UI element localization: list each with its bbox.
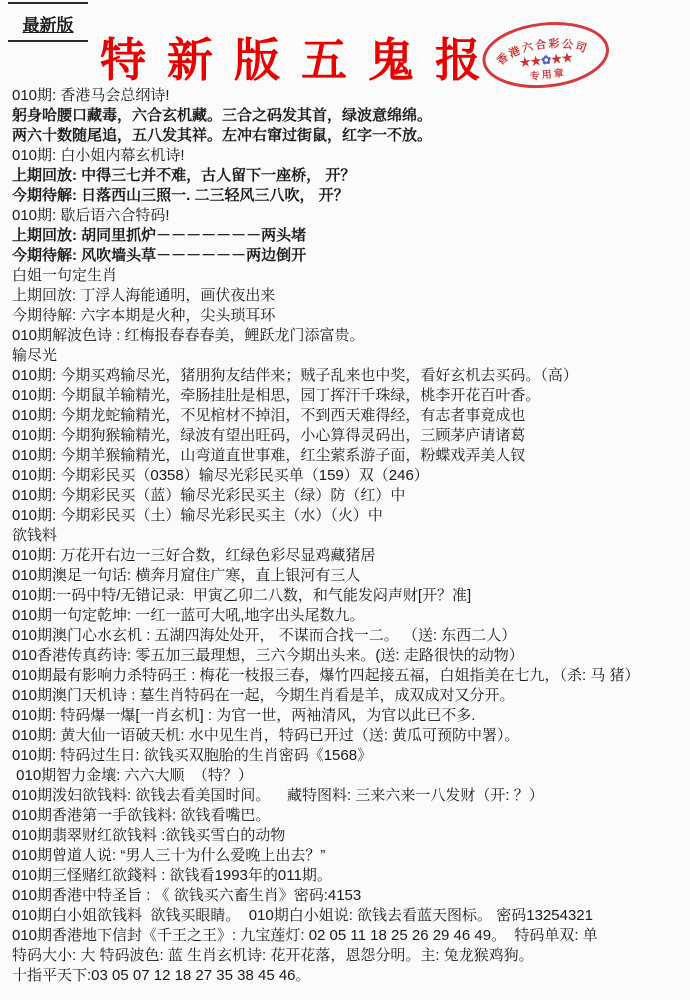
text-line: 010期: 今期彩民买（土）输尽光彩民买主（水）（火）中: [12, 506, 686, 526]
text-line: 输尽光: [12, 346, 686, 366]
text-line: 010期香港中特圣旨 : 《 欲钱买六畜生肖》密码:4153: [12, 886, 686, 906]
text-line: 010期: 今期羊猴输精光，山弯道直世事难，红尘萦系游子面，粉蝶戏弄美人钗: [12, 446, 686, 466]
text-line: 010期:一码中特/无错记录: 甲寅乙卯二八数，和气能发闷声财[开？准]: [12, 586, 686, 606]
text-line: 010期最有影响力杀特码王 : 梅花一枝报三春，爆竹四起接五福，白姐指美在七九，…: [12, 666, 686, 686]
text-line: 欲钱料: [12, 526, 686, 546]
text-line: 010期一句定乾坤: 一红一蓝可大吼,地字出头尾数九。: [12, 606, 686, 626]
page-title: 特新版五鬼报: [100, 24, 502, 90]
text-line: 特码大小: 大 特码波色: 蓝 生肖玄机诗: 花开花落，恩怨分明。主: 兔龙猴鸡…: [12, 946, 686, 966]
text-line: 010期: 今期狗猴输精光，绿波有望出旺码，小心算得灵码出，三顾茅庐请诸葛: [12, 426, 686, 446]
seal-bottom-text: 专用章: [529, 66, 566, 83]
text-line: 010期: 今期龙蛇输精光，不见棺材不掉泪，不到西天难得经，有志者事竟成也: [12, 406, 686, 426]
seal-oval-icon: 香港六合彩公司 ★★✿★★ 专用章: [476, 13, 615, 96]
text-line: 010期: 香港马会总纲诗!: [12, 86, 686, 106]
text-line: 010期智力金壤: 六六大顺 （特？）: [12, 766, 686, 786]
text-line: 010期香港第一手欲钱料: 欲钱看嘴巴。: [12, 806, 686, 826]
seal-stars-left: ★★: [519, 54, 542, 70]
text-line: 010期: 今期买鸡输尽光，猪朋狗友结伴来；贼子乱来也中奖，看好玄机去买码。（高…: [12, 366, 686, 386]
text-line: 010期曾道人说: “男人三十为什么爱晚上出去？”: [12, 846, 686, 866]
text-line: 010期: 特码爆一爆[一肖玄机] : 为官一世，两袖清风，为官以此已不多.: [12, 706, 686, 726]
text-line: 010香港传真药诗: 零五加三最理想，三六今期出头来。(送: 走路很快的动物）: [12, 646, 686, 666]
text-line: 躬身哈腰口藏毒，六合玄机藏。三合之码发其首，绿波意绵绵。: [12, 106, 686, 126]
latest-edition-badge: 最新版: [8, 2, 88, 42]
text-line: 010期: 万花开右边一三好合数，红绿色彩尽显鸡藏猪居: [12, 546, 686, 566]
text-line: 010期翡翠财红欲钱料 :欲钱买雪白的动物: [12, 826, 686, 846]
text-line: 010期香港地下信封《千王之王》: 九宝莲灯: 02 05 11 18 25 2…: [12, 926, 686, 946]
latest-edition-label: 最新版: [23, 16, 74, 35]
text-line: 010期: 黄大仙一语破天机: 水中见生肖，特码已开过（送: 黄瓜可预防中署）。: [12, 726, 686, 746]
text-line: 010期: 白小姐内幕玄机诗!: [12, 146, 686, 166]
text-line: 010期解波色诗 : 红梅报春春春美，鲤跃龙门添富贵。: [12, 326, 686, 346]
text-line: 010期澳门心水玄机 : 五湖四海处处开， 不谋而合找一二。 （送: 东西二人）: [12, 626, 686, 646]
text-line: 今期待解: 日落西山三照一. 二三轻风三八吹， 开？: [12, 186, 686, 206]
text-line: 010期澳门天机诗 : 墓生肖特码在一起，今期生肖看是羊，成双成对又分开。: [12, 686, 686, 706]
content-lines: 010期: 香港马会总纲诗!躬身哈腰口藏毒，六合玄机藏。三合之码发其首，绿波意绵…: [12, 86, 686, 986]
text-line: 今期待解: 风吹墙头草－－－－－－两边倒开: [12, 246, 686, 266]
text-line: 010期三怪赌红欲錢料 : 欲钱看1993年的011期。: [12, 866, 686, 886]
text-line: 010期: 歇后语六合特码!: [12, 206, 686, 226]
text-line: 010期澳足一句话: 横奔月窟住广寒，直上银河有三人: [12, 566, 686, 586]
text-line: 010期: 今期彩民买（蓝）输尽光彩民买主（绿）防（红）中: [12, 486, 686, 506]
text-line: 010期: 今期鼠羊输精光，牵肠挂肚是相思，园丁挥汗千珠绿，桃李开花百叶香。: [12, 386, 686, 406]
text-line: 白姐一句定生肖: [12, 266, 686, 286]
text-line: 十指平天下:03 05 07 12 18 27 35 38 45 46。: [12, 966, 686, 986]
text-line: 今期待解: 六字本期是火种，尖头琐耳环: [12, 306, 686, 326]
text-line: 上期回放: 中得三七并不难，古人留下一座桥， 开？: [12, 166, 686, 186]
text-line: 上期回放: 胡同里抓炉－－－－－－－两头堵: [12, 226, 686, 246]
text-line: 010期泼妇欲钱料: 欲钱去看美国时间。 藏特图料: 三来六来一八发财（开: ？…: [12, 786, 686, 806]
text-line: 上期回放: 丁浮人海能通明，画伏夜出来: [12, 286, 686, 306]
text-line: 010期白小姐欲钱料 欲钱买眼睛。 010期白小姐说: 欲钱去看蓝天图标。 密码…: [12, 906, 686, 926]
seal-stars-right: ★★: [551, 50, 574, 66]
text-line: 两六十数随尾追，五八发其祥。左冲右窜过街鼠，红字一不放。: [12, 126, 686, 146]
text-line: 010期: 特码过生日: 欲钱买双胞胎的生肖密码《1568》: [12, 746, 686, 766]
text-line: 010期: 今期彩民买（0358）输尽光彩民买单（159）双（246）: [12, 466, 686, 486]
